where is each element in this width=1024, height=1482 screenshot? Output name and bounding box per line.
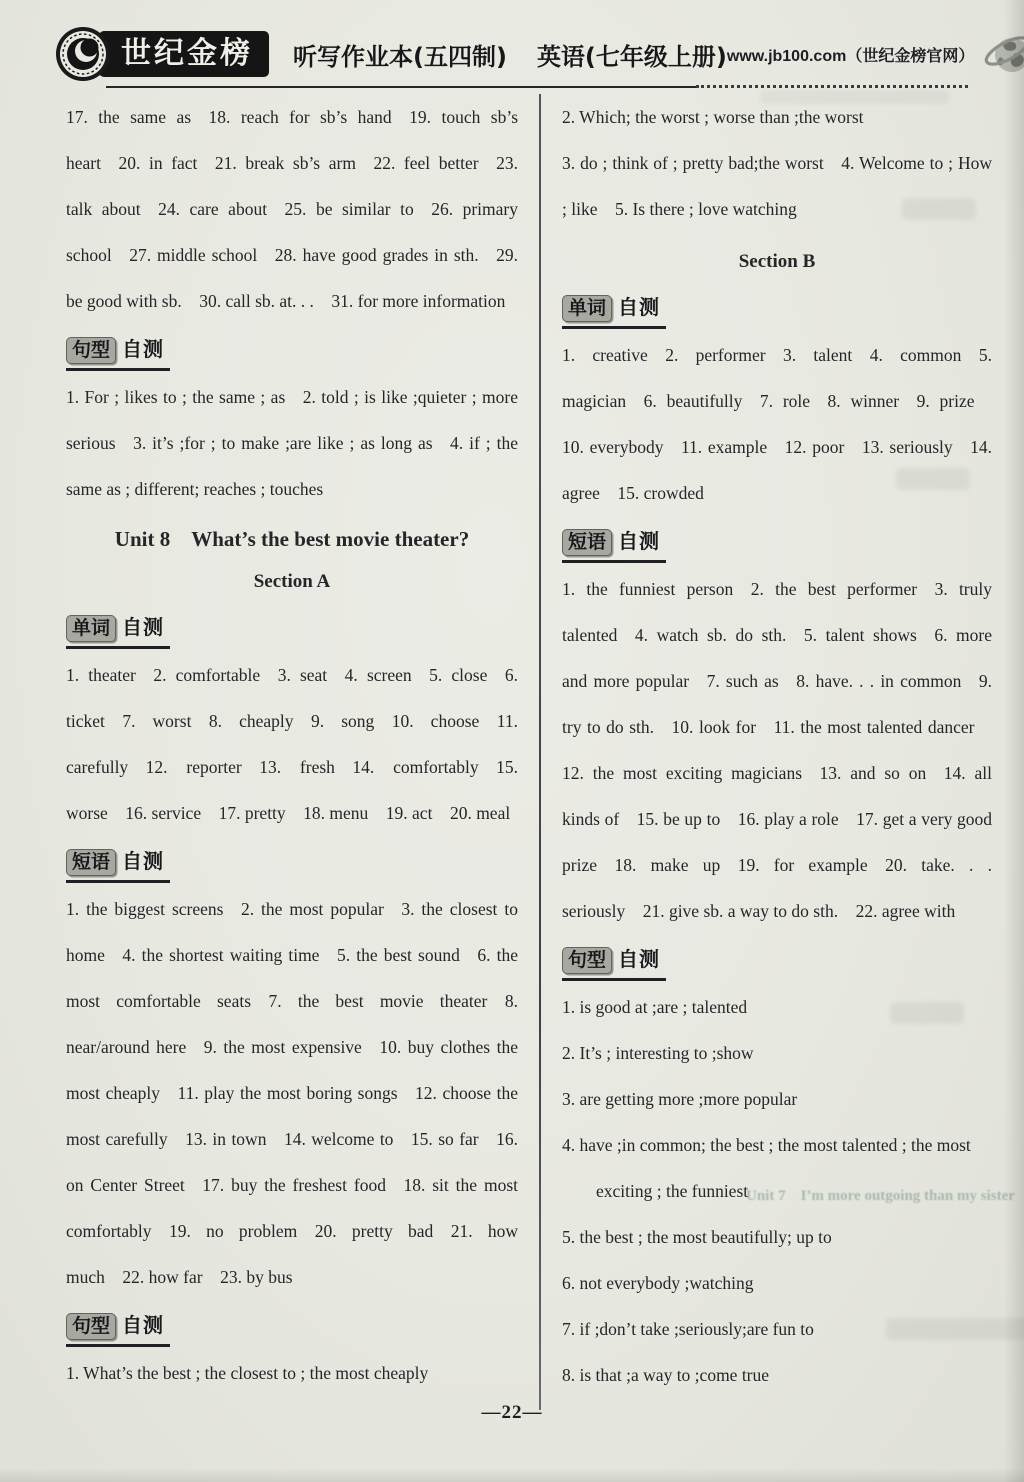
badge-frame: 句型自测 xyxy=(66,333,170,371)
badge-chip-sentences: 句型 xyxy=(66,337,116,364)
scan-edge-shadow-right xyxy=(1004,0,1024,1482)
section-b-sentence-answer: 2. It’s ; interesting to ;show xyxy=(562,1030,992,1076)
badge-label-self-test: 自测 xyxy=(122,849,164,873)
badge-frame: 短语自测 xyxy=(66,845,170,883)
badge-label-self-test: 自测 xyxy=(618,295,660,319)
section-b-sentence-answer: 3. are getting more ;more popular xyxy=(562,1076,992,1122)
section-a-title: Section A xyxy=(66,562,518,602)
brand-logo-text: 世纪金榜 xyxy=(121,39,253,69)
word-self-test-badge-b: 单词自测 xyxy=(562,291,992,329)
ghost-smudge xyxy=(902,198,976,220)
section-b-sentence-answer: 6. not everybody ;watching xyxy=(562,1260,992,1306)
ghost-smudge xyxy=(890,1002,964,1024)
section-a-phrase-list: 1. the biggest screens 2. the most popul… xyxy=(66,886,518,1300)
unit7-phrases-continued: 17. the same as 18. reach for sb’s hand … xyxy=(66,94,518,324)
unit7-sentence-answers: 1. For ; likes to ; the same ; as 2. tol… xyxy=(66,374,518,512)
section-b-sentence-answer: 8. is that ;a way to ;come true xyxy=(562,1352,992,1398)
badge-label-self-test: 自测 xyxy=(122,337,164,361)
ghost-smudge xyxy=(760,90,950,104)
badge-label-self-test: 自测 xyxy=(618,947,660,971)
brand-logo: 世纪金榜 xyxy=(99,31,269,77)
page-body: 17. the same as 18. reach for sb’s hand … xyxy=(66,94,992,1410)
column-divider xyxy=(539,94,541,1410)
header-rule-solid xyxy=(106,86,696,88)
scan-edge-shadow-bottom xyxy=(0,1468,1024,1482)
section-a-word-list: 1. theater 2. comfortable 3. seat 4. scr… xyxy=(66,652,518,836)
page-header: 世纪金榜 听写作业本(五四制) 英语(七年级上册) www.jb100.com（… xyxy=(54,24,970,84)
unit8-title: Unit 8 What’s the best movie theater? xyxy=(66,516,518,562)
website-url: www.jb100.com（世纪金榜官网） xyxy=(727,43,982,66)
section-b-sentence-answer: 5. the best ; the most beautifully; up t… xyxy=(562,1214,992,1260)
sentence-self-test-badge-b: 句型自测 xyxy=(562,943,992,981)
booklet-title: 听写作业本(五四制) xyxy=(293,37,507,72)
page-number: —22— xyxy=(0,1402,1024,1424)
word-self-test-badge-a: 单词自测 xyxy=(66,611,518,649)
section-b-phrase-list: 1. the funniest person 2. the best perfo… xyxy=(562,566,992,934)
badge-chip-phrases: 短语 xyxy=(562,529,612,556)
scanned-workbook-page: 世纪金榜 听写作业本(五四制) 英语(七年级上册) www.jb100.com（… xyxy=(0,0,1024,1482)
badge-frame: 单词自测 xyxy=(66,611,170,649)
brand-seal-icon xyxy=(54,25,112,83)
right-column: 2. Which; the worst ; worse than ;the wo… xyxy=(562,94,992,1410)
badge-frame: 单词自测 xyxy=(562,291,666,329)
ghost-showthrough-text: Unit 7 I’m more outgoing than my sister xyxy=(746,1188,1018,1205)
badge-frame: 短语自测 xyxy=(562,525,666,563)
badge-frame: 句型自测 xyxy=(562,943,666,981)
section-a-sentence-answer-1: 1. What’s the best ; the closest to ; th… xyxy=(66,1350,518,1396)
sentence-self-test-badge-a: 句型自测 xyxy=(66,1309,518,1347)
badge-label-self-test: 自测 xyxy=(618,529,660,553)
phrase-self-test-badge-b: 短语自测 xyxy=(562,525,992,563)
header-rule-dotted xyxy=(696,85,968,88)
badge-chip-sentences: 句型 xyxy=(562,947,612,974)
subject-title: 英语(七年级上册) xyxy=(537,37,727,72)
section-b-title: Section B xyxy=(562,242,992,282)
badge-chip-sentences: 句型 xyxy=(66,1313,116,1340)
badge-chip-words: 单词 xyxy=(562,295,612,322)
badge-label-self-test: 自测 xyxy=(122,615,164,639)
badge-frame: 句型自测 xyxy=(66,1309,170,1347)
badge-label-self-test: 自测 xyxy=(122,1313,164,1337)
ghost-smudge xyxy=(896,468,970,490)
badge-chip-phrases: 短语 xyxy=(66,849,116,876)
phrase-self-test-badge-a: 短语自测 xyxy=(66,845,518,883)
badge-chip-words: 单词 xyxy=(66,615,116,642)
sentence-self-test-badge-unit7: 句型自测 xyxy=(66,333,518,371)
left-column: 17. the same as 18. reach for sb’s hand … xyxy=(66,94,518,1410)
